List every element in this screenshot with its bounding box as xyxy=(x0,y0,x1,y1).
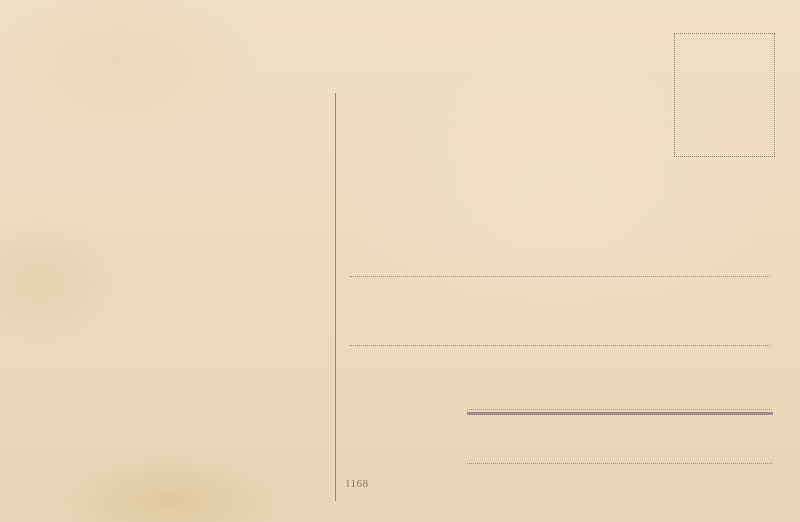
address-rule-bar xyxy=(467,412,773,415)
address-line-4 xyxy=(467,463,772,464)
message-address-divider xyxy=(335,93,336,501)
address-line-1 xyxy=(350,276,770,277)
address-line-2 xyxy=(350,345,770,346)
address-line-3 xyxy=(467,409,772,410)
postcard-back: 1168 xyxy=(0,0,800,522)
stamp-placeholder-box xyxy=(674,33,775,157)
card-number: 1168 xyxy=(345,478,369,490)
